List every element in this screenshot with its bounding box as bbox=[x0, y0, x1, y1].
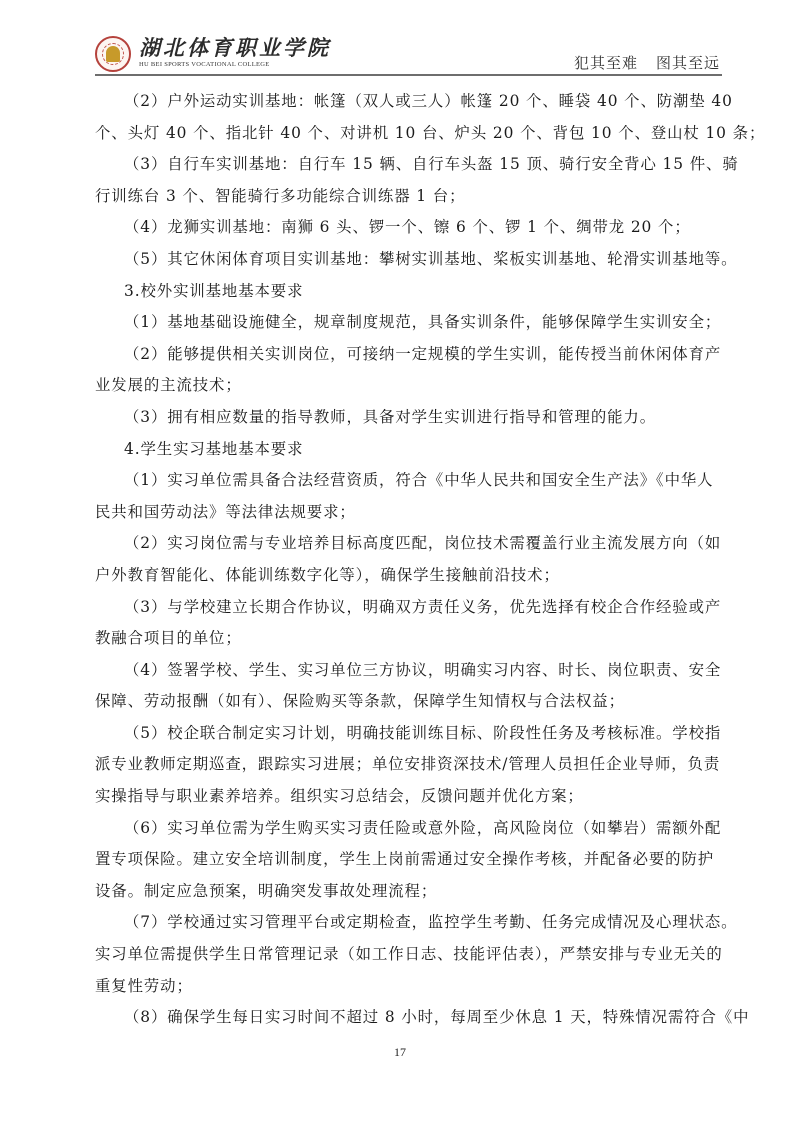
college-brand: 湖北体育职业学院 HU BEI SPORTS VOCATIONAL COLLEG… bbox=[139, 36, 331, 69]
page-number: 17 bbox=[394, 1045, 406, 1059]
paragraph-line: 户外教育智能化、体能训练数字化等），确保学生接触前沿技术； bbox=[95, 560, 722, 592]
paragraph-line: 实操指导与职业素养培养。组织实习总结会，反馈问题并优化方案； bbox=[95, 781, 722, 813]
paragraph-line: （5）校企联合制定实习计划，明确技能训练目标、阶段性任务及考核标准。学校指 bbox=[95, 718, 722, 750]
paragraph-line: 实习单位需提供学生日常管理记录（如工作日志、技能评估表），严禁安排与专业无关的 bbox=[95, 939, 722, 971]
paragraph-line: （4）签署学校、学生、实习单位三方协议，明确实习内容、时长、岗位职责、安全 bbox=[95, 655, 722, 687]
paragraph-line: （1）实习单位需具备合法经营资质，符合《中华人民共和国安全生产法》《中华人 bbox=[95, 465, 722, 497]
paragraph-line: 个、头灯 40 个、指北针 40 个、对讲机 10 台、炉头 20 个、背包 1… bbox=[95, 118, 722, 150]
paragraph-line: （2）户外运动实训基地：帐篷（双人或三人）帐篷 20 个、睡袋 40 个、防潮垫… bbox=[95, 86, 722, 118]
paragraph-line: （7）学校通过实习管理平台或定期检查，监控学生考勤、任务完成情况及心理状态。 bbox=[95, 907, 722, 939]
paragraph-line: 保障、劳动报酬（如有）、保险购买等条款，保障学生知情权与合法权益； bbox=[95, 686, 722, 718]
paragraph-line: 3.校外实训基地基本要求 bbox=[95, 276, 722, 308]
paragraph-line: 置专项保险。建立安全培训制度，学生上岗前需通过安全操作考核，并配备必要的防护 bbox=[95, 844, 722, 876]
paragraph-line: 行训练台 3 个、智能骑行多功能综合训练器 1 台； bbox=[95, 181, 722, 213]
motto-part-1: 犯其至难 bbox=[574, 54, 638, 72]
paragraph-line: 教融合项目的单位； bbox=[95, 623, 722, 655]
college-motto: 犯其至难图其至远 bbox=[556, 52, 720, 73]
paragraph-line: （8）确保学生每日实习时间不超过 8 小时，每周至少休息 1 天，特殊情况需符合… bbox=[95, 1002, 722, 1034]
paragraph-line: （6）实习单位需为学生购买实习责任险或意外险，高风险岗位（如攀岩）需额外配 bbox=[95, 813, 722, 845]
document-body: （2）户外运动实训基地：帐篷（双人或三人）帐篷 20 个、睡袋 40 个、防潮垫… bbox=[95, 86, 722, 1034]
paragraph-line: 4.学生实习基地基本要求 bbox=[95, 434, 722, 466]
motto-part-2: 图其至远 bbox=[656, 54, 720, 72]
paragraph-line: （3）自行车实训基地：自行车 15 辆、自行车头盔 15 顶、骑行安全背心 15… bbox=[95, 149, 722, 181]
paragraph-line: （3）拥有相应数量的指导教师，具备对学生实训进行指导和管理的能力。 bbox=[95, 402, 722, 434]
paragraph-line: （5）其它休闲体育项目实训基地：攀树实训基地、桨板实训基地、轮滑实训基地等。 bbox=[95, 244, 722, 276]
page-footer: 17 bbox=[0, 1045, 800, 1060]
college-name-cn: 湖北体育职业学院 bbox=[139, 36, 331, 60]
paragraph-line: （2）能够提供相关实训岗位，可接纳一定规模的学生实训，能传授当前休闲体育产 bbox=[95, 339, 722, 371]
paragraph-line: （2）实习岗位需与专业培养目标高度匹配，岗位技术需覆盖行业主流发展方向（如 bbox=[95, 528, 722, 560]
paragraph-line: （1）基地基础设施健全，规章制度规范，具备实训条件，能够保障学生实训安全； bbox=[95, 307, 722, 339]
page-header: 湖北体育职业学院 HU BEI SPORTS VOCATIONAL COLLEG… bbox=[95, 30, 722, 76]
college-logo-icon bbox=[95, 36, 131, 72]
paragraph-line: （3）与学校建立长期合作协议，明确双方责任义务，优先选择有校企合作经验或产 bbox=[95, 592, 722, 624]
paragraph-line: 重复性劳动； bbox=[95, 971, 722, 1003]
paragraph-line: 设备。制定应急预案，明确突发事故处理流程； bbox=[95, 876, 722, 908]
college-name-en: HU BEI SPORTS VOCATIONAL COLLEGE bbox=[139, 61, 331, 69]
header-divider bbox=[95, 74, 722, 76]
paragraph-line: 民共和国劳动法》等法律法规要求； bbox=[95, 497, 722, 529]
paragraph-line: 派专业教师定期巡查，跟踪实习进展；单位安排资深技术/管理人员担任企业导师，负责 bbox=[95, 749, 722, 781]
paragraph-line: （4）龙狮实训基地：南狮 6 头、锣一个、镲 6 个、锣 1 个、绸带龙 20 … bbox=[95, 212, 722, 244]
paragraph-line: 业发展的主流技术； bbox=[95, 370, 722, 402]
